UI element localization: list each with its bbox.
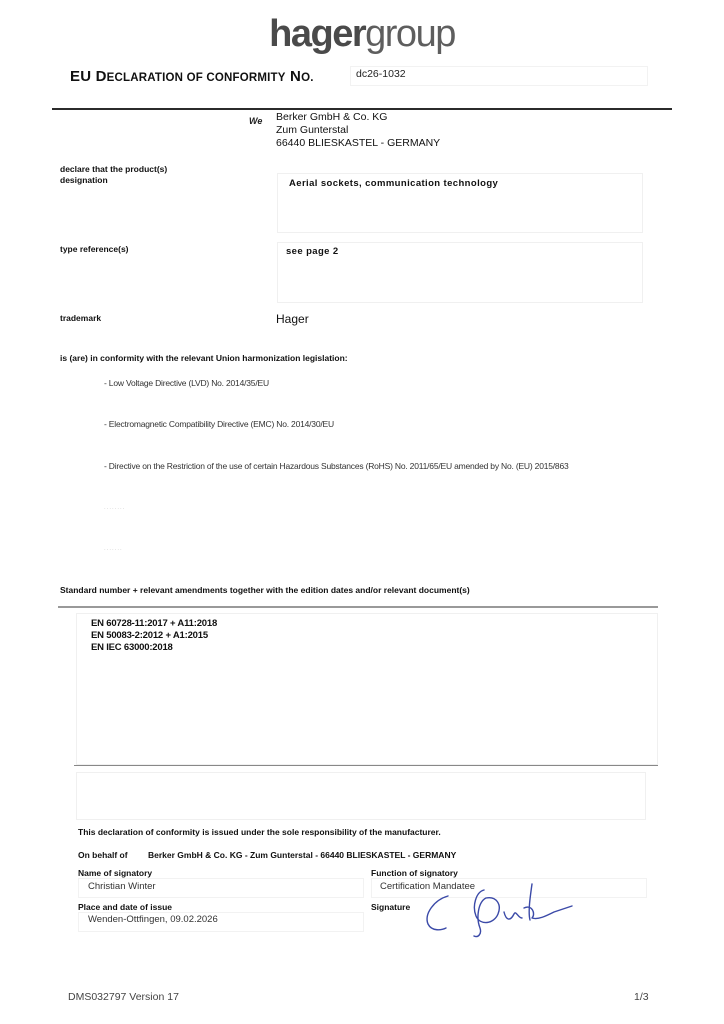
- title-part-1: EU D: [70, 68, 107, 85]
- directive-placeholder-1: ........: [104, 505, 125, 511]
- document-number: dc26-1032: [356, 68, 406, 80]
- standards-list: EN 60728-11:2017 + A11:2018 EN 50083-2:2…: [91, 618, 217, 654]
- logo-bold-text: hager: [269, 13, 365, 55]
- standard-item: EN 60728-11:2017 + A11:2018: [91, 618, 217, 630]
- manufacturer-address: Berker GmbH & Co. KG Zum Gunterstal 6644…: [276, 111, 440, 150]
- signature-label: Signature: [371, 902, 410, 912]
- standard-item: EN IEC 63000:2018: [91, 642, 217, 654]
- manufacturer-street: Zum Gunterstal: [276, 124, 440, 137]
- footer-page-number: 1/3: [634, 991, 649, 1003]
- on-behalf-value: Berker GmbH & Co. KG - Zum Gunterstal - …: [148, 850, 456, 860]
- declare-label-line2: designation: [60, 175, 167, 186]
- document-title: EU DECLARATION OF CONFORMITY NO.: [70, 68, 314, 85]
- directive-placeholder-2: .......: [104, 546, 123, 552]
- declare-label: declare that the product(s) designation: [60, 164, 167, 186]
- title-part-2: ECLARATION OF CONFORMITY: [107, 72, 286, 84]
- additional-info-box: [76, 772, 646, 820]
- signatory-name-label: Name of signatory: [78, 868, 152, 878]
- logo-light-text: group: [365, 13, 455, 55]
- trademark-label: trademark: [60, 313, 101, 324]
- header-divider: [52, 108, 672, 110]
- responsibility-statement: This declaration of conformity is issued…: [78, 827, 441, 837]
- place-date-value: Wenden-Ottfingen, 09.02.2026: [88, 914, 218, 925]
- standards-divider: [58, 606, 658, 608]
- we-label: We: [249, 116, 262, 126]
- standards-heading: Standard number + relevant amendments to…: [60, 585, 470, 595]
- manufacturer-name: Berker GmbH & Co. KG: [276, 111, 440, 124]
- standard-item: EN 50083-2:2012 + A1:2015: [91, 630, 217, 642]
- type-reference-label: type reference(s): [60, 244, 129, 255]
- directive-lvd: - Low Voltage Directive (LVD) No. 2014/3…: [104, 378, 269, 388]
- footer-document-id: DMS032797 Version 17: [68, 991, 179, 1003]
- place-date-label: Place and date of issue: [78, 902, 172, 912]
- signatory-name-value: Christian Winter: [88, 881, 156, 892]
- trademark-value: Hager: [276, 312, 309, 326]
- conformity-heading: is (are) in conformity with the relevant…: [60, 353, 348, 363]
- directive-rohs: - Directive on the Restriction of the us…: [104, 461, 569, 471]
- title-no-small: O.: [301, 72, 314, 84]
- designation-value: Aerial sockets, communication technology: [289, 178, 498, 189]
- standards-bottom-divider: [74, 765, 658, 766]
- title-no-big: N: [290, 68, 301, 85]
- manufacturer-city: 66440 BLIESKASTEL - GERMANY: [276, 137, 440, 150]
- signatory-function-label: Function of signatory: [371, 868, 458, 878]
- declare-label-line1: declare that the product(s): [60, 164, 167, 175]
- type-reference-value: see page 2: [286, 246, 339, 257]
- hagergroup-logo: hagergroup: [0, 10, 724, 58]
- handwritten-signature: [420, 878, 580, 938]
- on-behalf-label: On behalf of: [78, 850, 128, 860]
- directive-emc: - Electromagnetic Compatibility Directiv…: [104, 419, 334, 429]
